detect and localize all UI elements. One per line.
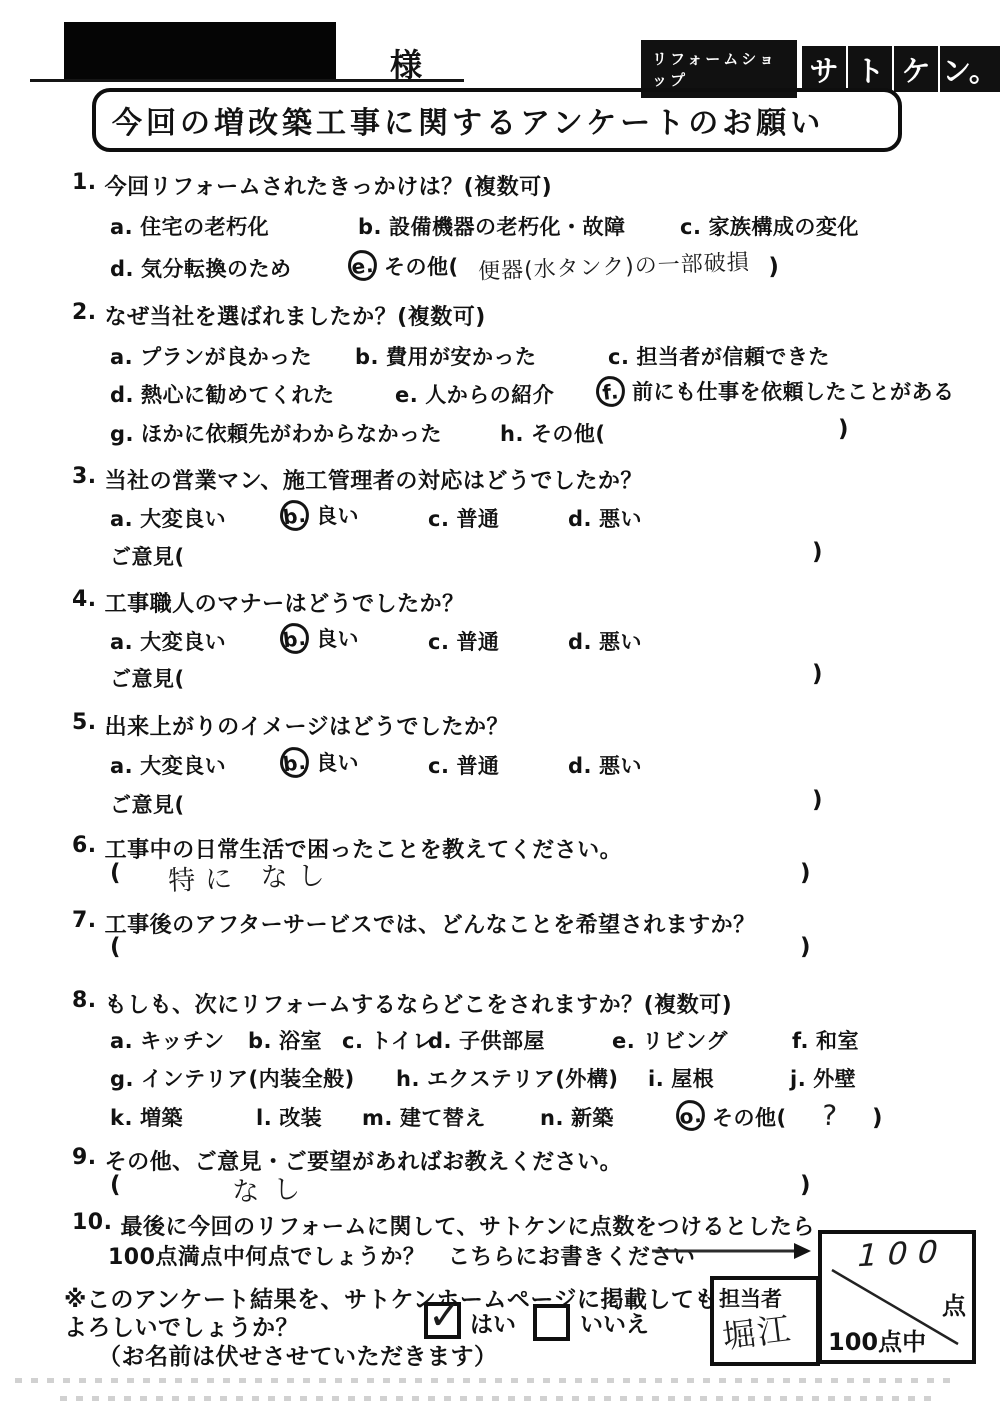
q4-title: 4.工事職人のマナーはどうでしたか？: [72, 587, 465, 618]
arrow-right-icon: [650, 1240, 812, 1262]
q3-option-d: d.悪い: [568, 503, 642, 533]
handwritten-circle-mark: b.: [278, 745, 311, 779]
q8-option-j: j.外壁: [790, 1063, 856, 1093]
q6-close-paren: ): [800, 860, 811, 886]
q8-option-l: l.改装: [256, 1102, 322, 1132]
q6-open-paren: (: [110, 860, 121, 886]
staff-box: 担当者 堀江: [710, 1276, 820, 1366]
q3-option-b-selected: b. 良い: [280, 500, 359, 531]
q6-title: 6.工事中の日常生活で困ったことを教えてください。: [72, 833, 622, 864]
q3-option-c: c.普通: [428, 503, 499, 533]
q8-option-d: d.子供部屋: [428, 1025, 545, 1055]
q8-option-h: h.エクステリア(外構): [396, 1063, 619, 1093]
q2-other-close-paren: ): [838, 416, 849, 442]
q2-option-c: c.担当者が信頼できた: [608, 341, 830, 371]
consent-no-label: いいえ: [580, 1306, 649, 1339]
q8-title: 8.もしも、次にリフォームするならどこをされますか？(複数可): [72, 988, 732, 1019]
q9-title: 9.その他、ご意見・ご要望があればお教えください。: [72, 1145, 622, 1176]
q8-option-i: i.屋根: [648, 1063, 714, 1093]
staff-name-handwritten: 堀江: [719, 1303, 794, 1358]
q8-other-answer-handwritten: ?: [821, 1099, 838, 1133]
checkmark-icon: ✓: [428, 1293, 462, 1339]
q5-option-a: a.大変良い: [110, 750, 226, 780]
q2-option-e: e.人からの紹介: [395, 379, 554, 409]
q6-answer-handwritten: 特に なし: [167, 853, 335, 898]
q10-title-line2: 100点満点中何点でしょうか？ こちらにお書きください: [108, 1240, 695, 1271]
consent-yes-label: はい: [470, 1306, 516, 1339]
q1-title: 1.今回リフォームされたきっかけは？(複数可): [72, 170, 552, 201]
q5-opinion-close-paren: ): [812, 787, 823, 813]
score-value-handwritten: 100: [853, 1234, 952, 1275]
q8-option-f: f.和室: [792, 1025, 859, 1055]
q1-option-e-selected: e. その他( 便器(水タンク)の一部破損 ): [348, 250, 779, 281]
q2-option-h: h.その他(: [500, 418, 606, 448]
handwritten-circle-mark: o.: [674, 1098, 707, 1132]
q4-opinion-label: ご意見(: [110, 663, 185, 693]
q2-option-d: d.熱心に勧めてくれた: [110, 379, 335, 409]
scan-noise: [60, 1396, 940, 1401]
handwritten-circle-mark: b.: [278, 498, 311, 532]
q5-option-c: c.普通: [428, 750, 499, 780]
logo-brand-char: ン。: [940, 46, 1000, 92]
score-unit-label: 点: [942, 1286, 966, 1321]
logo-brand-char: ケ: [894, 46, 938, 92]
q2-option-f-selected: f. 前にも仕事を依頼したことがある: [596, 376, 955, 407]
score-denominator-label: 100点中: [828, 1322, 926, 1357]
q4-option-a: a.大変良い: [110, 626, 226, 656]
q2-option-b: b.費用が安かった: [355, 341, 537, 371]
q8-option-k: k.増築: [110, 1102, 183, 1132]
logo-brand: サ ト ケ ン。: [802, 46, 1000, 92]
handwritten-circle-mark: b.: [278, 621, 311, 655]
q1-other-answer-handwritten: 便器(水タンク)の一部破損: [477, 245, 750, 285]
checkbox-no: [533, 1304, 570, 1341]
q8-option-o-selected: o. その他( ? ): [676, 1099, 883, 1132]
scan-noise: [15, 1378, 955, 1383]
q1-option-d: d.気分転換のため: [110, 253, 292, 283]
q5-option-d: d.悪い: [568, 750, 642, 780]
logo-brand-char: ト: [848, 46, 892, 92]
q3-opinion-label: ご意見(: [110, 541, 185, 571]
checkbox-yes: ✓: [424, 1302, 461, 1339]
q1-option-a: a.住宅の老朽化: [110, 211, 269, 241]
q8-option-e: e.リビング: [612, 1025, 728, 1055]
q9-answer-handwritten: なし: [231, 1166, 315, 1209]
score-box: 100 点 100点中: [818, 1230, 976, 1364]
q3-opinion-close-paren: ): [812, 539, 823, 565]
q7-close-paren: ): [800, 934, 811, 960]
redacted-name: [64, 22, 336, 82]
q9-open-paren: (: [110, 1172, 121, 1198]
q4-option-d: d.悪い: [568, 626, 642, 656]
q2-option-a: a.プランが良かった: [110, 341, 312, 371]
survey-page: 様 リフォームショップ サ ト ケ ン。 今回の増改築工事に関するアンケートのお…: [0, 0, 1000, 1414]
q1-option-c: c.家族構成の変化: [680, 211, 859, 241]
page-title: 今回の増改築工事に関するアンケートのお願い: [92, 88, 902, 152]
q8-option-b: b.浴室: [248, 1025, 322, 1055]
q7-open-paren: (: [110, 934, 121, 960]
q4-option-c: c.普通: [428, 626, 499, 656]
q5-opinion-label: ご意見(: [110, 789, 185, 819]
q8-option-a: a.キッチン: [110, 1025, 225, 1055]
q1-option-b: b.設備機器の老朽化・故障: [358, 211, 626, 241]
q8-option-g: g.インテリア(内装全般): [110, 1063, 355, 1093]
honorific: 様: [390, 40, 422, 86]
q4-option-b-selected: b. 良い: [280, 623, 359, 654]
q3-option-a: a.大変良い: [110, 503, 226, 533]
q4-opinion-close-paren: ): [812, 661, 823, 687]
q7-title: 7.工事後のアフターサービスでは、どんなことを希望されますか？: [72, 908, 756, 939]
q8-option-n: n.新築: [540, 1102, 614, 1132]
q9-close-paren: ): [800, 1172, 811, 1198]
q5-option-b-selected: b. 良い: [280, 747, 359, 778]
handwritten-circle-mark: e.: [346, 248, 379, 282]
q10-title-line1: 10.最後に今回のリフォームに関して、サトケンに点数をつけるとしたら: [72, 1210, 815, 1241]
logo-brand-char: サ: [802, 46, 846, 92]
q8-option-m: m.建て替え: [362, 1102, 486, 1132]
q2-title: 2.なぜ当社を選ばれましたか？(複数可): [72, 300, 486, 331]
q8-option-c: c.トイレ: [342, 1025, 434, 1055]
q5-title: 5.出来上がりのイメージはどうでしたか？: [72, 710, 509, 741]
q3-title: 3.当社の営業マン、施工管理者の対応はどうでしたか？: [72, 464, 643, 495]
consent-note: （お名前は伏せさせていただきます）: [98, 1338, 498, 1371]
q2-option-g: g.ほかに依頼先がわからなかった: [110, 418, 442, 448]
handwritten-circle-mark: f.: [594, 374, 627, 408]
